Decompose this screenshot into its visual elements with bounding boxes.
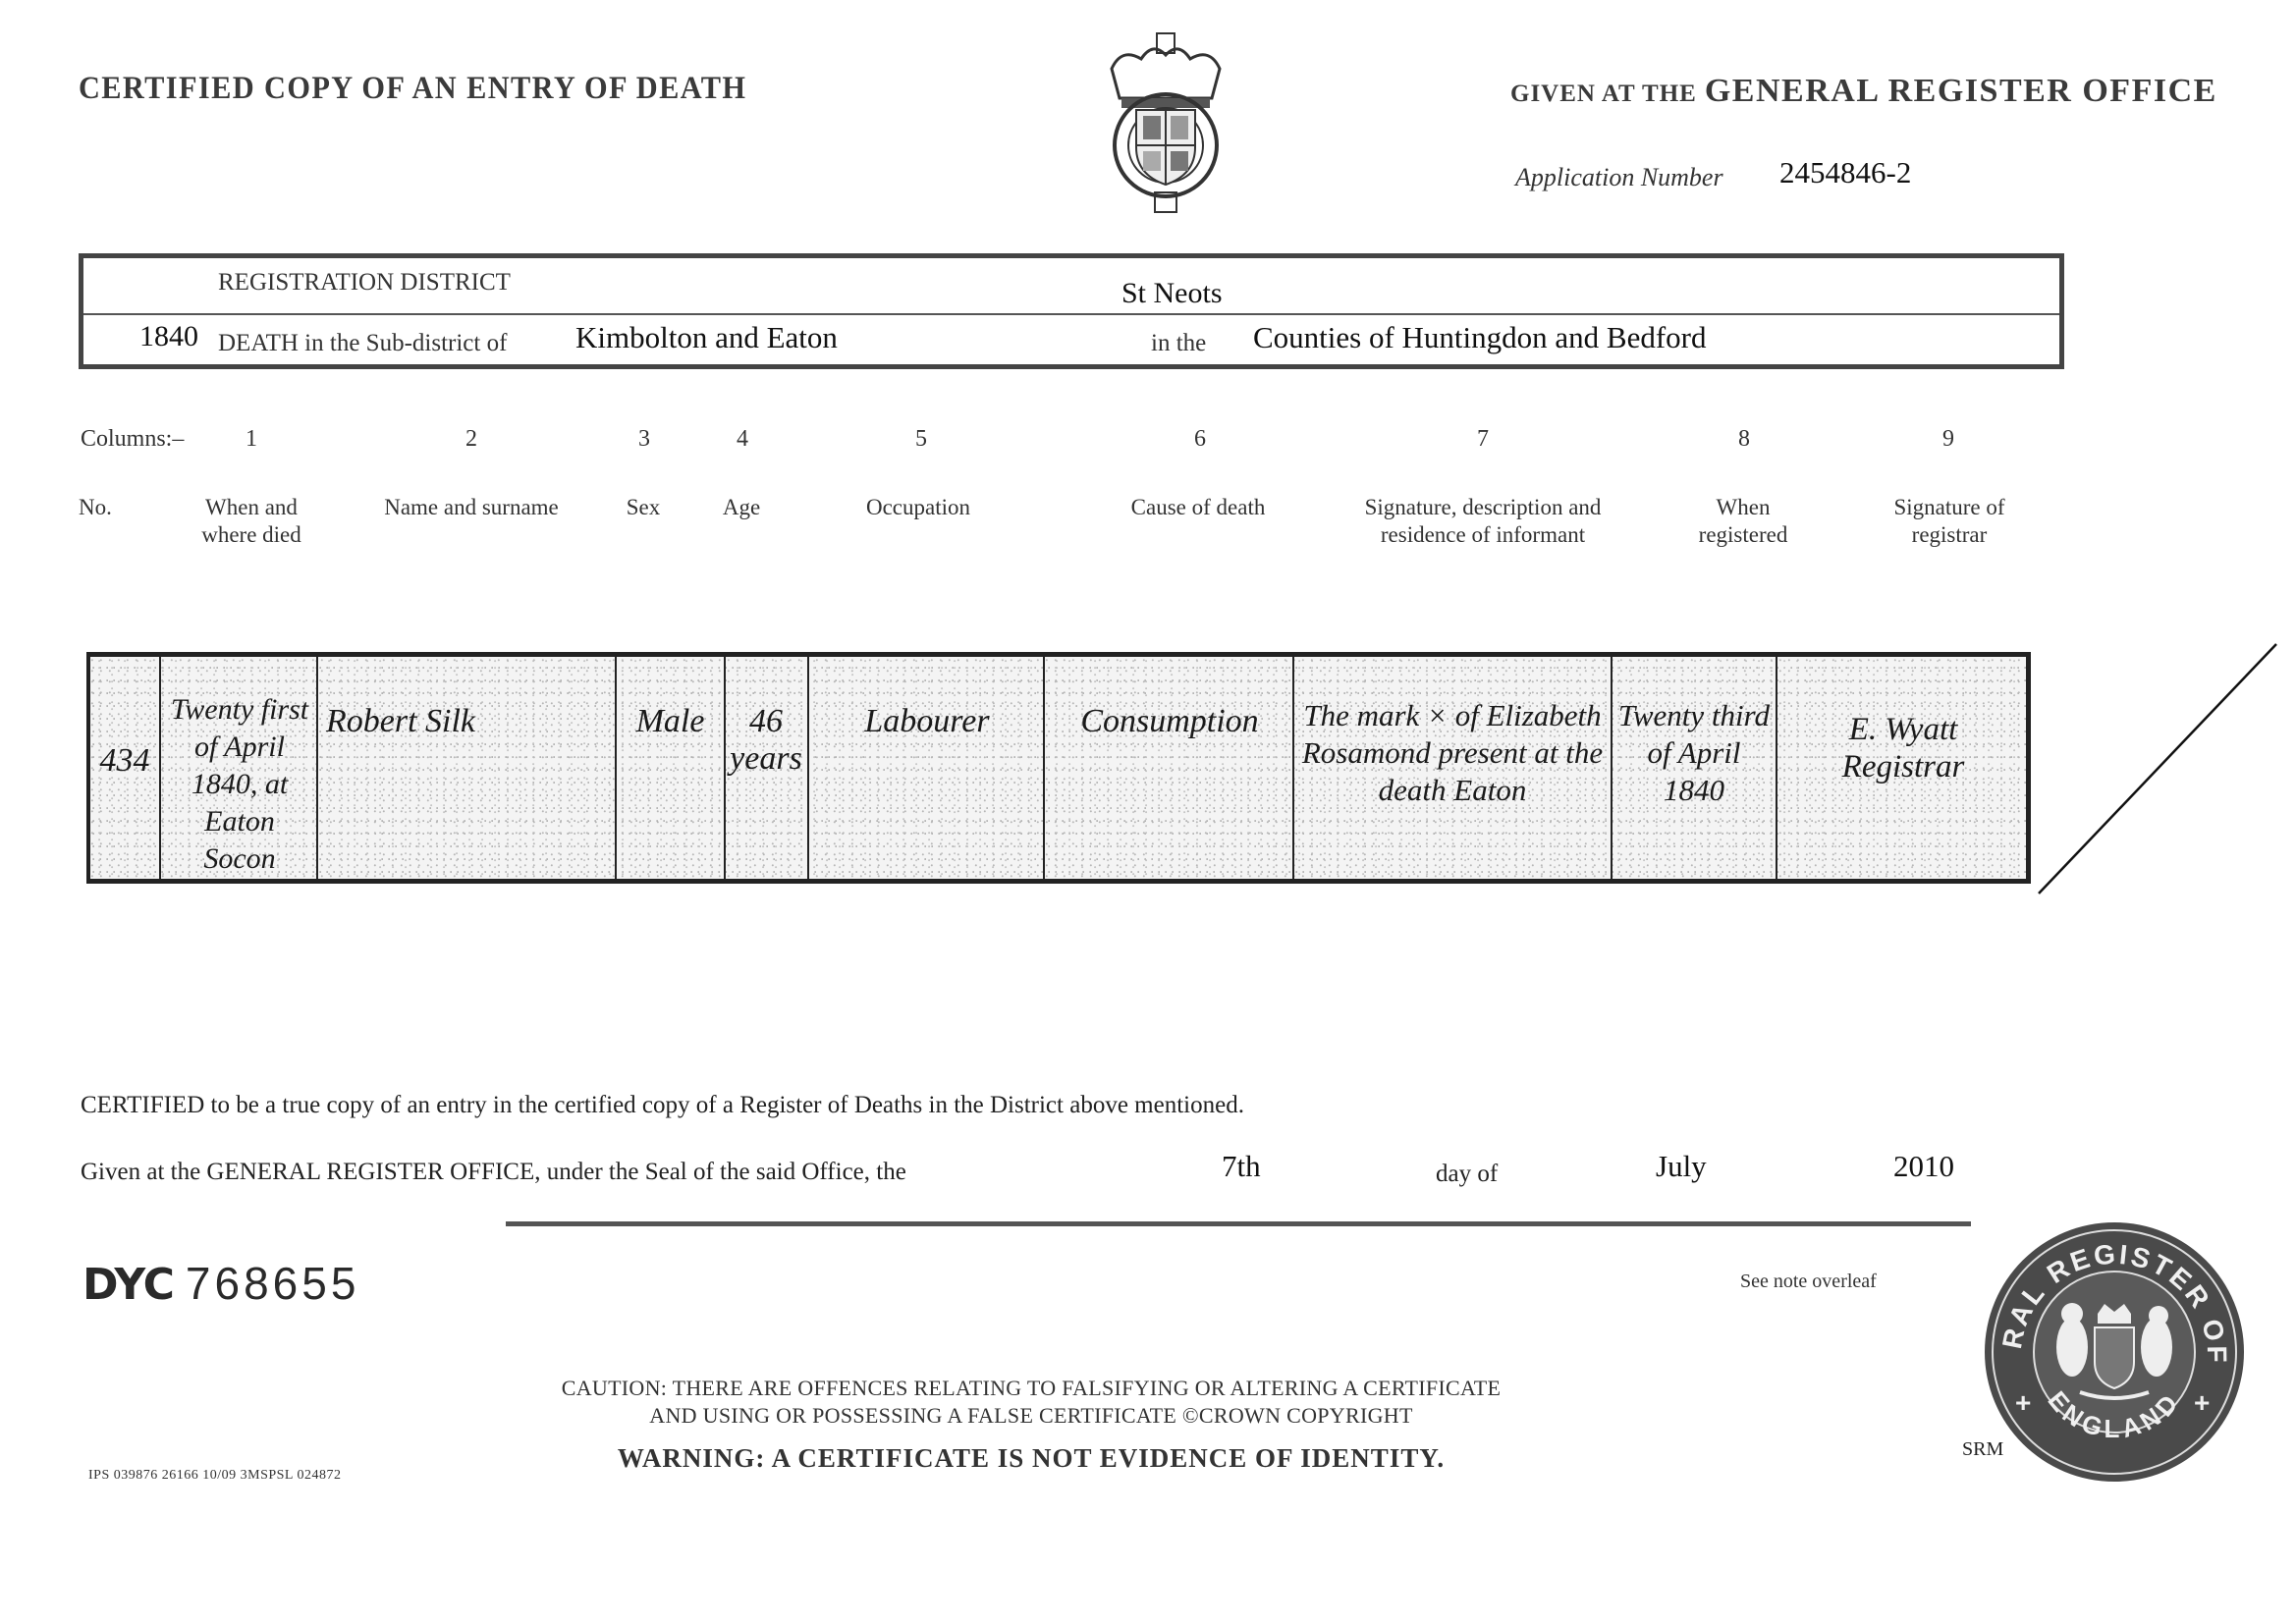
death-entry-table: 434 Twenty first of April 1840, at Eaton…	[86, 652, 2031, 884]
column-number: 4	[737, 426, 748, 453]
column-number: 7	[1477, 426, 1489, 453]
column-divider	[316, 656, 318, 880]
column-number: 3	[638, 426, 650, 453]
entry-informant: The mark × of Elizabeth Rosamond present…	[1296, 697, 1609, 809]
print-code: IPS 039876 26166 10/09 3MSPSL 024872	[88, 1468, 341, 1484]
column-divider	[1611, 656, 1613, 880]
see-note-overleaf: See note overleaf	[1740, 1271, 1877, 1293]
subdistrict-label: DEATH in the Sub-district of	[218, 330, 507, 357]
registration-district-value: St Neots	[1121, 277, 1223, 310]
certified-year: 2010	[1893, 1149, 1954, 1184]
column-header-age: Age	[717, 494, 766, 521]
column-number: 8	[1738, 426, 1750, 453]
column-header-informant: Signature, description and residence of …	[1345, 494, 1620, 549]
column-divider	[615, 656, 617, 880]
column-divider	[1043, 656, 1045, 880]
column-header-name: Name and surname	[363, 494, 579, 521]
serial-prefix: DYC	[82, 1260, 174, 1310]
column-divider	[724, 656, 726, 880]
office-name: GENERAL REGISTER OFFICE	[1705, 73, 2217, 109]
certificate-title: CERTIFIED COPY OF AN ENTRY OF DEATH	[79, 71, 746, 107]
caution-line-1: CAUTION: THERE ARE OFFENCES RELATING TO …	[481, 1375, 1581, 1402]
general-register-office-seal-icon: GENERAL REGISTER OFFICE ENGLAND + +	[1982, 1219, 2247, 1485]
column-header-registrar: Signature of registrar	[1876, 494, 2023, 549]
entry-occupation: Labourer	[813, 703, 1041, 740]
entry-registrar-signature: E. Wyatt Registrar	[1785, 711, 2021, 785]
svg-text:+: +	[2194, 1387, 2210, 1418]
column-number: 2	[465, 426, 477, 453]
column-number: 5	[915, 426, 927, 453]
caution-line-2: AND USING OR POSSESSING A FALSE CERTIFIC…	[481, 1402, 1581, 1430]
entry-name: Robert Silk	[326, 703, 522, 740]
given-statement: Given at the GENERAL REGISTER OFFICE, un…	[81, 1159, 906, 1186]
column-header-sex: Sex	[619, 494, 668, 521]
certified-statement: CERTIFIED to be a true copy of an entry …	[81, 1092, 1244, 1119]
caution-notice: CAUTION: THERE ARE OFFENCES RELATING TO …	[481, 1375, 1581, 1430]
column-number: 6	[1194, 426, 1206, 453]
entry-sex: Male	[619, 703, 722, 740]
royal-coat-of-arms-icon	[1092, 29, 1239, 216]
columns-label: Columns:–	[81, 426, 184, 453]
certified-day: 7th	[1222, 1149, 1261, 1184]
column-divider	[1776, 656, 1777, 880]
entry-when-registered: Twenty third of April 1840	[1614, 697, 1774, 809]
serial-number: 768655	[186, 1258, 360, 1309]
column-header-occupation: Occupation	[845, 494, 992, 521]
entry-age: 46 years	[727, 703, 805, 778]
entry-when-where: Twenty first of April 1840, at Eaton Soc…	[165, 691, 314, 878]
column-header-when-registered: When registered	[1689, 494, 1797, 549]
column-header-no: No.	[79, 494, 118, 521]
entry-cause: Consumption	[1047, 703, 1292, 740]
column-number: 1	[246, 426, 257, 453]
entry-year: 1840	[139, 320, 198, 353]
certificate-serial: DYC768655	[82, 1257, 359, 1310]
column-header-when-where: When and where died	[192, 494, 310, 549]
column-header-cause: Cause of death	[1110, 494, 1286, 521]
column-divider	[159, 656, 161, 880]
district-divider	[83, 313, 2059, 315]
column-divider	[1292, 656, 1294, 880]
given-at-prefix: GIVEN AT THE	[1510, 81, 1697, 107]
given-at-office: GIVEN AT THEGENERAL REGISTER OFFICE	[1510, 73, 2217, 110]
identity-warning: WARNING: A CERTIFICATE IS NOT EVIDENCE O…	[481, 1443, 1581, 1474]
column-divider	[807, 656, 809, 880]
application-number: 2454846-2	[1779, 155, 1911, 190]
entry-number: 434	[90, 742, 159, 780]
diagonal-cancel-line	[2031, 628, 2286, 903]
day-of-label: day of	[1436, 1161, 1498, 1188]
registration-district-label: REGISTRATION DISTRICT	[218, 269, 511, 297]
svg-text:+: +	[2015, 1387, 2031, 1418]
column-number: 9	[1942, 426, 1954, 453]
county-value: Counties of Huntingdon and Bedford	[1253, 320, 1707, 355]
subdistrict-value: Kimbolton and Eaton	[575, 320, 838, 355]
application-number-label: Application Number	[1515, 163, 1723, 192]
certified-month: July	[1656, 1149, 1707, 1184]
signature-rule	[506, 1221, 1971, 1226]
in-the-label: in the	[1151, 330, 1206, 357]
